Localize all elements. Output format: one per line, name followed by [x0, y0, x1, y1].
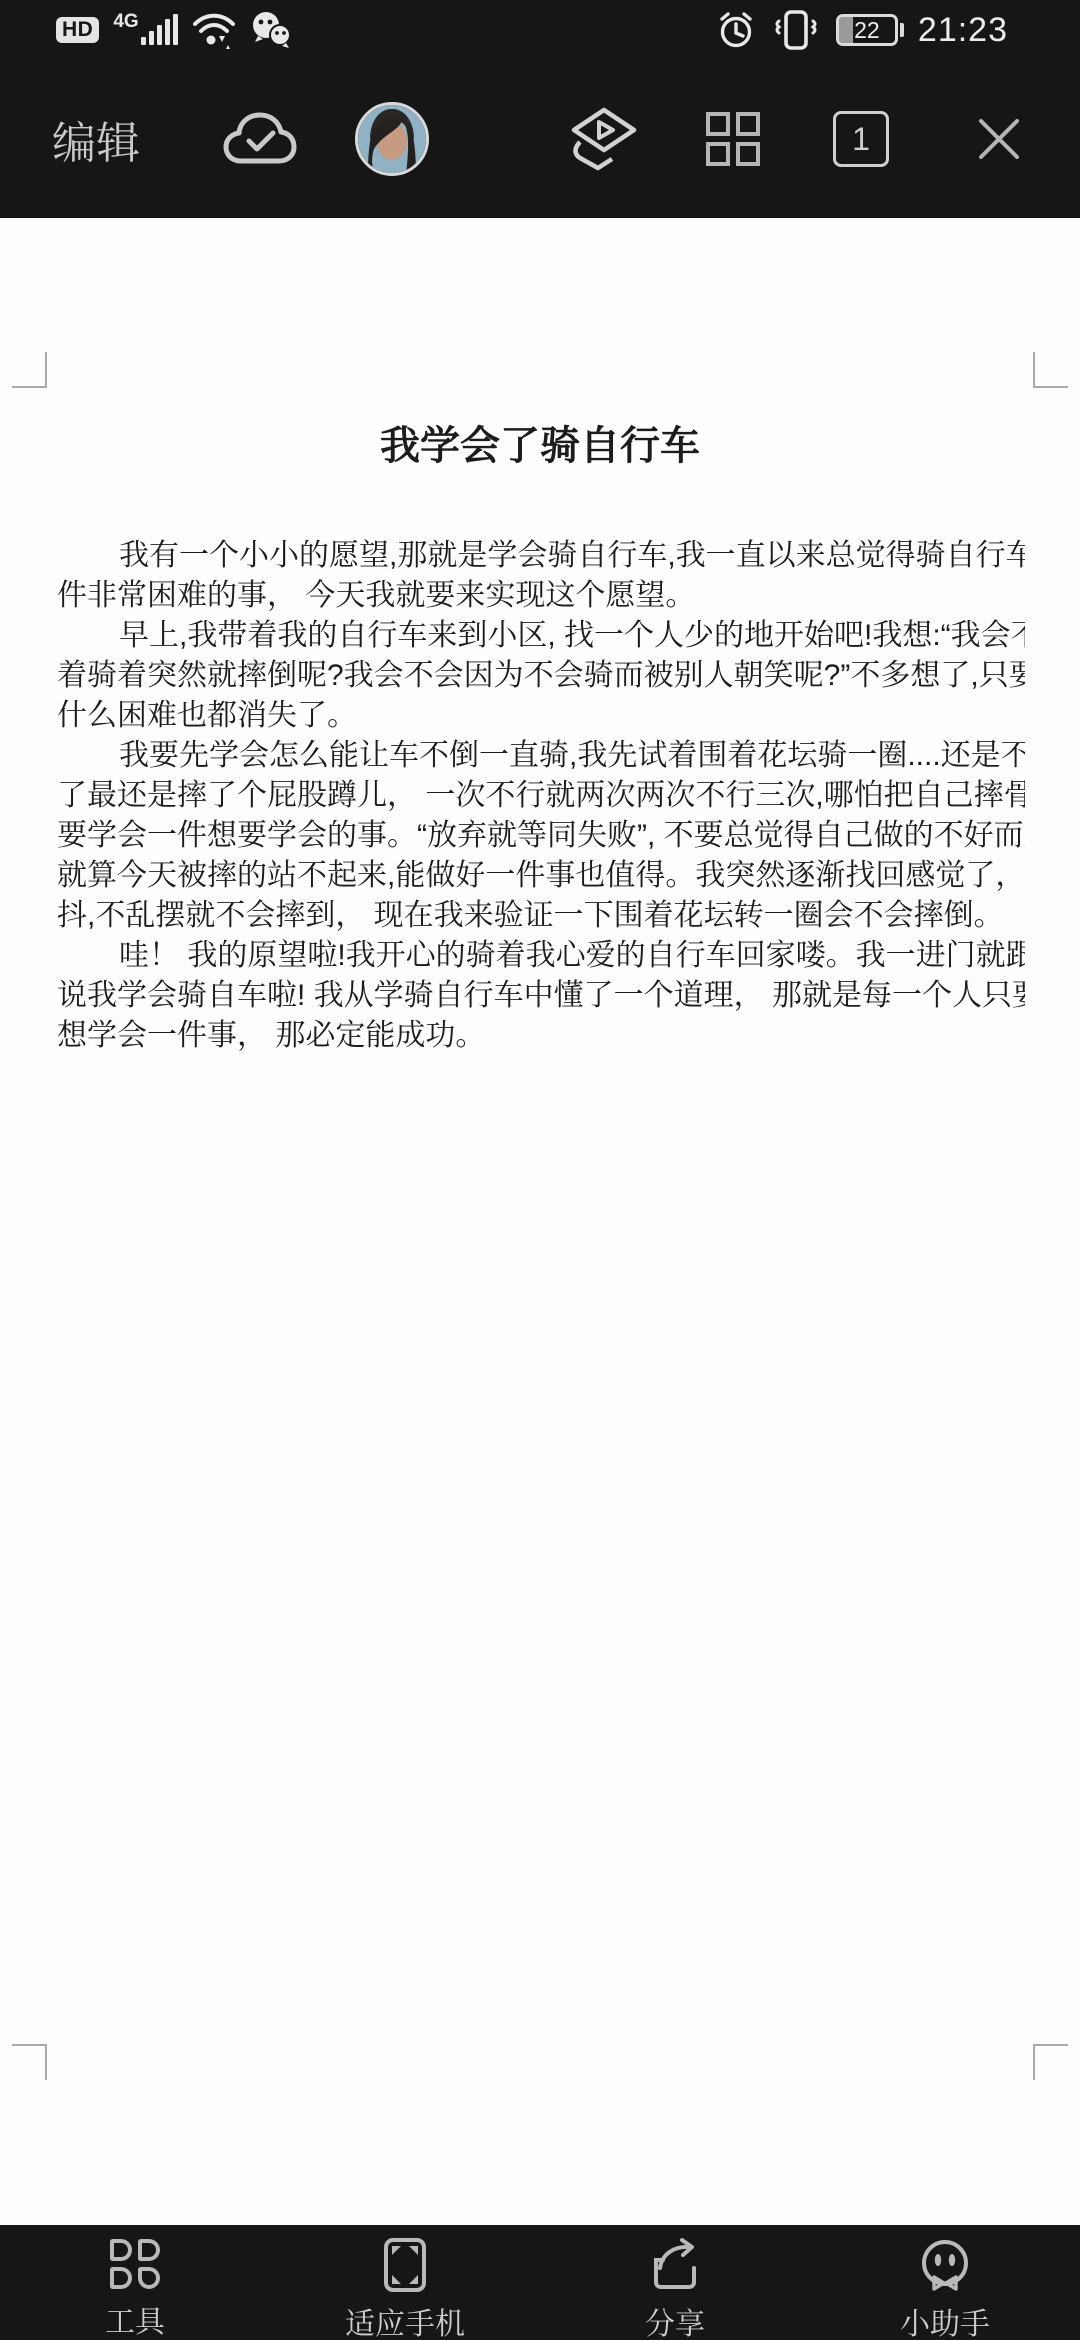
- document-text-line: 哇！ 我的原望啦!我开心的骑着我心爱的自行车回家喽。我一进门就跟妈妈: [57, 936, 1025, 976]
- battery-percent: 22: [854, 17, 880, 44]
- fit-phone-label: 适应手机: [345, 2299, 465, 2340]
- cloud-save-button[interactable]: [221, 109, 299, 169]
- battery-icon: 22: [836, 14, 904, 46]
- status-bar: HD 4G: [0, 0, 1080, 60]
- document-text-line: 说我学会骑自车啦! 我从学骑自行车中懂了一个道理， 那就是每一个人只要真心: [57, 976, 1025, 1016]
- wechat-icon: [250, 11, 292, 49]
- document-text-line: 件非常困难的事， 今天我就要来实现这个愿望。: [57, 576, 1025, 616]
- network-signal-icon: 4G: [113, 15, 177, 45]
- grid-icon: [705, 111, 761, 167]
- document-text-line: 抖,不乱摆就不会摔到， 现在我来验证一下围着花坛转一圈会不会摔倒。: [57, 896, 1025, 936]
- assistant-button[interactable]: 小助手: [810, 2225, 1080, 2340]
- page-count-button[interactable]: 1: [833, 111, 889, 167]
- fit-phone-button[interactable]: 适应手机: [270, 2225, 540, 2340]
- margin-corner-mark: [12, 2044, 47, 2080]
- margin-corner-mark: [1033, 2044, 1068, 2080]
- hd-icon: HD: [56, 17, 99, 43]
- document-text-line: 了最还是摔了个屁股蹲儿， 一次不行就两次两次不行三次,哪怕把自己摔骨折也: [57, 776, 1025, 816]
- signal-bars-icon: [141, 15, 178, 45]
- fit-phone-icon: [382, 2239, 428, 2291]
- wifi-icon: [192, 11, 236, 49]
- edit-button[interactable]: 编辑: [52, 107, 140, 171]
- close-icon: [973, 113, 1025, 165]
- close-button[interactable]: [973, 113, 1025, 165]
- margin-corner-mark: [1033, 352, 1068, 388]
- avatar[interactable]: [355, 102, 429, 176]
- tools-button[interactable]: 工具: [0, 2225, 270, 2340]
- page-count-label: 1: [833, 111, 889, 167]
- grid-view-button[interactable]: [705, 111, 761, 167]
- play-mode-button[interactable]: [568, 104, 640, 174]
- assistant-icon: [917, 2239, 973, 2291]
- tools-grid-icon: [110, 2239, 160, 2289]
- clock-time: 21:23: [918, 11, 1008, 50]
- screen: HD 4G: [0, 0, 1080, 2340]
- document-title: 我学会了骑自行车: [0, 414, 1080, 471]
- document-text-line: 要学会一件想要学会的事。“放弃就等同失败”, 不要总觉得自己做的不好而放弃。: [57, 816, 1025, 856]
- share-label: 分享: [645, 2299, 705, 2340]
- document-page[interactable]: 我学会了骑自行车 我有一个小小的愿望,那就是学会骑自行车,我一直以来总觉得骑自行…: [0, 218, 1080, 2225]
- document-text-line: 着骑着突然就摔倒呢?我会不会因为不会骑而被别人朝笑呢?”不多想了,只要练会: [57, 656, 1025, 696]
- document-text-line: 就算今天被摔的站不起来,能做好一件事也值得。我突然逐渐找回感觉了， 手不: [57, 856, 1025, 896]
- tools-label: 工具: [105, 2297, 165, 2340]
- assistant-label: 小助手: [900, 2299, 990, 2340]
- margin-corner-mark: [12, 352, 47, 388]
- share-button[interactable]: 分享: [540, 2225, 810, 2340]
- alarm-icon: [716, 10, 756, 50]
- document-body: 我有一个小小的愿望,那就是学会骑自行车,我一直以来总觉得骑自行车是一件非常困难的…: [57, 536, 1025, 1056]
- app-toolbar: 编辑: [0, 60, 1080, 218]
- document-text-line: 我有一个小小的愿望,那就是学会骑自行车,我一直以来总觉得骑自行车是一: [57, 536, 1025, 576]
- bottom-toolbar: 工具 适应手机 分享: [0, 2225, 1080, 2340]
- share-icon: [648, 2239, 702, 2291]
- document-text-line: 我要先学会怎么能让车不倒一直骑,我先试着围着花坛骑一圈....还是不行,到: [57, 736, 1025, 776]
- cloud-check-icon: [221, 109, 299, 169]
- play-stack-icon: [568, 104, 640, 174]
- document-text-line: 想学会一件事， 那必定能成功。: [57, 1016, 1025, 1056]
- document-text-line: 什么困难也都消失了。: [57, 696, 1025, 736]
- document-text-line: 早上,我带着我的自行车来到小区, 找一个人少的地开始吧!我想:“我会不会骑: [57, 616, 1025, 656]
- network-type-label: 4G: [113, 11, 138, 33]
- vibrate-icon: [770, 9, 822, 51]
